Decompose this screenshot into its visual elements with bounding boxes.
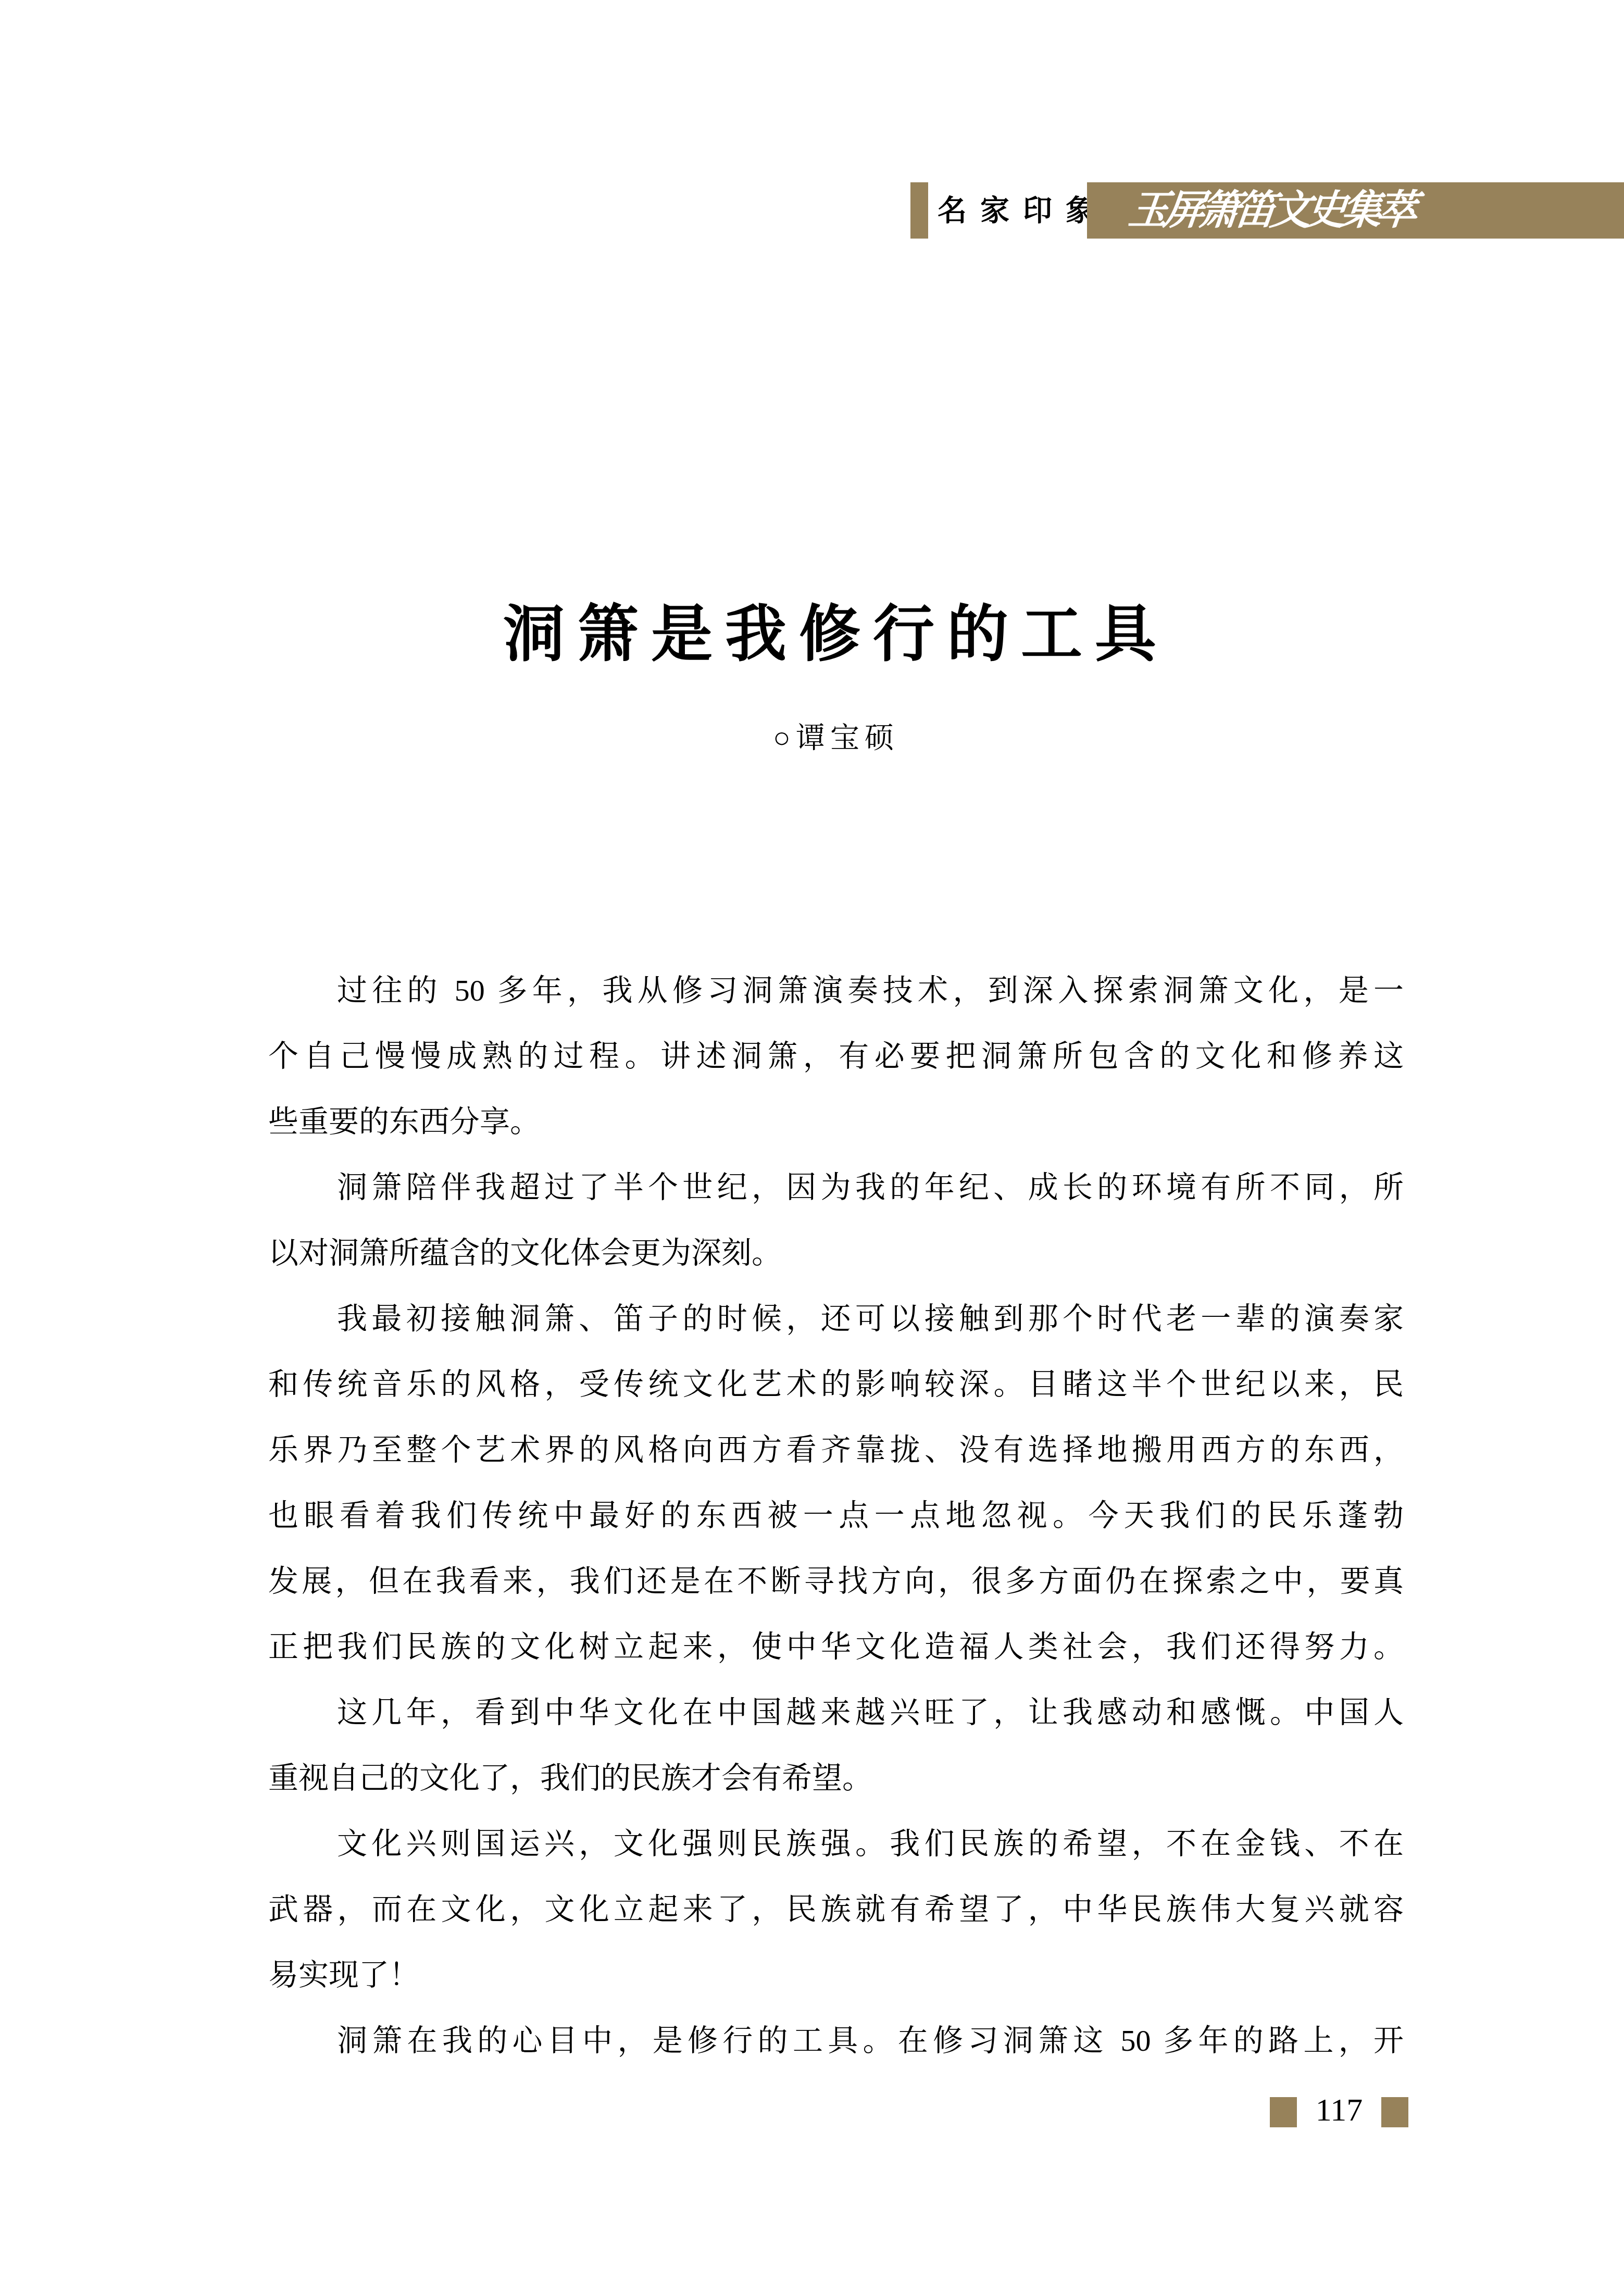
body-line: 洞箫陪伴我超过了半个世纪，因为我的年纪、成长的环境有所不同，所 xyxy=(268,1155,1404,1220)
article-author: ○谭宝硕 xyxy=(268,715,1404,762)
header-accent-bar-icon xyxy=(910,182,928,239)
body-line: 些重要的东西分享。 xyxy=(268,1089,1404,1155)
body-line: 以对洞箫所蕴含的文化体会更为深刻。 xyxy=(268,1220,1404,1286)
body-line: 武器，而在文化，文化立起来了，民族就有希望了，中华民族伟大复兴就容 xyxy=(268,1877,1404,1942)
body-line: 也眼看着我们传统中最好的东西被一点一点地忽视。今天我们的民乐蓬勃 xyxy=(268,1483,1404,1549)
body-line: 易实现了！ xyxy=(268,1942,1404,2008)
page-number-right-square-icon xyxy=(1381,2097,1408,2127)
body-line: 文化兴则国运兴，文化强则民族强。我们民族的希望，不在金钱、不在 xyxy=(268,1811,1404,1877)
body-line: 发展，但在我看来，我们还是在不断寻找方向，很多方面仍在探索之中，要真 xyxy=(268,1549,1404,1614)
body-line: 我最初接触洞箫、笛子的时候，还可以接触到那个时代老一辈的演奏家 xyxy=(268,1286,1404,1352)
article-title: 洞箫是我修行的工具 xyxy=(268,601,1404,669)
body-line: 重视自己的文化了，我们的民族才会有希望。 xyxy=(268,1746,1404,1811)
body-line: 洞箫在我的心目中，是修行的工具。在修习洞箫这 50 多年的路上，开 xyxy=(268,2008,1404,2074)
banner-calligraphy-text: 玉屏箫笛文史集萃 xyxy=(1126,184,1415,236)
body-line: 和传统音乐的风格，受传统文化艺术的影响较深。目睹这半个世纪以来，民 xyxy=(268,1352,1404,1417)
page-number-left-square-icon xyxy=(1270,2097,1297,2127)
page-number: 117 xyxy=(1295,2092,1383,2128)
magazine-page: 名家印象 玉屏箫笛文史集萃 洞箫是我修行的工具 ○谭宝硕 过往的 50 多年，我… xyxy=(0,0,1624,2269)
header-banner: 玉屏箫笛文史集萃 xyxy=(1087,182,1624,239)
article-body: 过往的 50 多年，我从修习洞箫演奏技术，到深入探索洞箫文化，是一 个自己慢慢成… xyxy=(268,958,1404,2074)
body-line: 过往的 50 多年，我从修习洞箫演奏技术，到深入探索洞箫文化，是一 xyxy=(268,958,1404,1024)
body-line: 乐界乃至整个艺术界的风格向西方看齐靠拢、没有选择地搬用西方的东西， xyxy=(268,1417,1404,1483)
body-line: 正把我们民族的文化树立起来，使中华文化造福人类社会，我们还得努力。 xyxy=(268,1614,1404,1680)
section-label: 名家印象 xyxy=(938,182,1108,239)
body-line: 这几年，看到中华文化在中国越来越兴旺了，让我感动和感慨。中国人 xyxy=(268,1680,1404,1746)
body-line: 个自己慢慢成熟的过程。讲述洞箫，有必要把洞箫所包含的文化和修养这 xyxy=(268,1024,1404,1089)
